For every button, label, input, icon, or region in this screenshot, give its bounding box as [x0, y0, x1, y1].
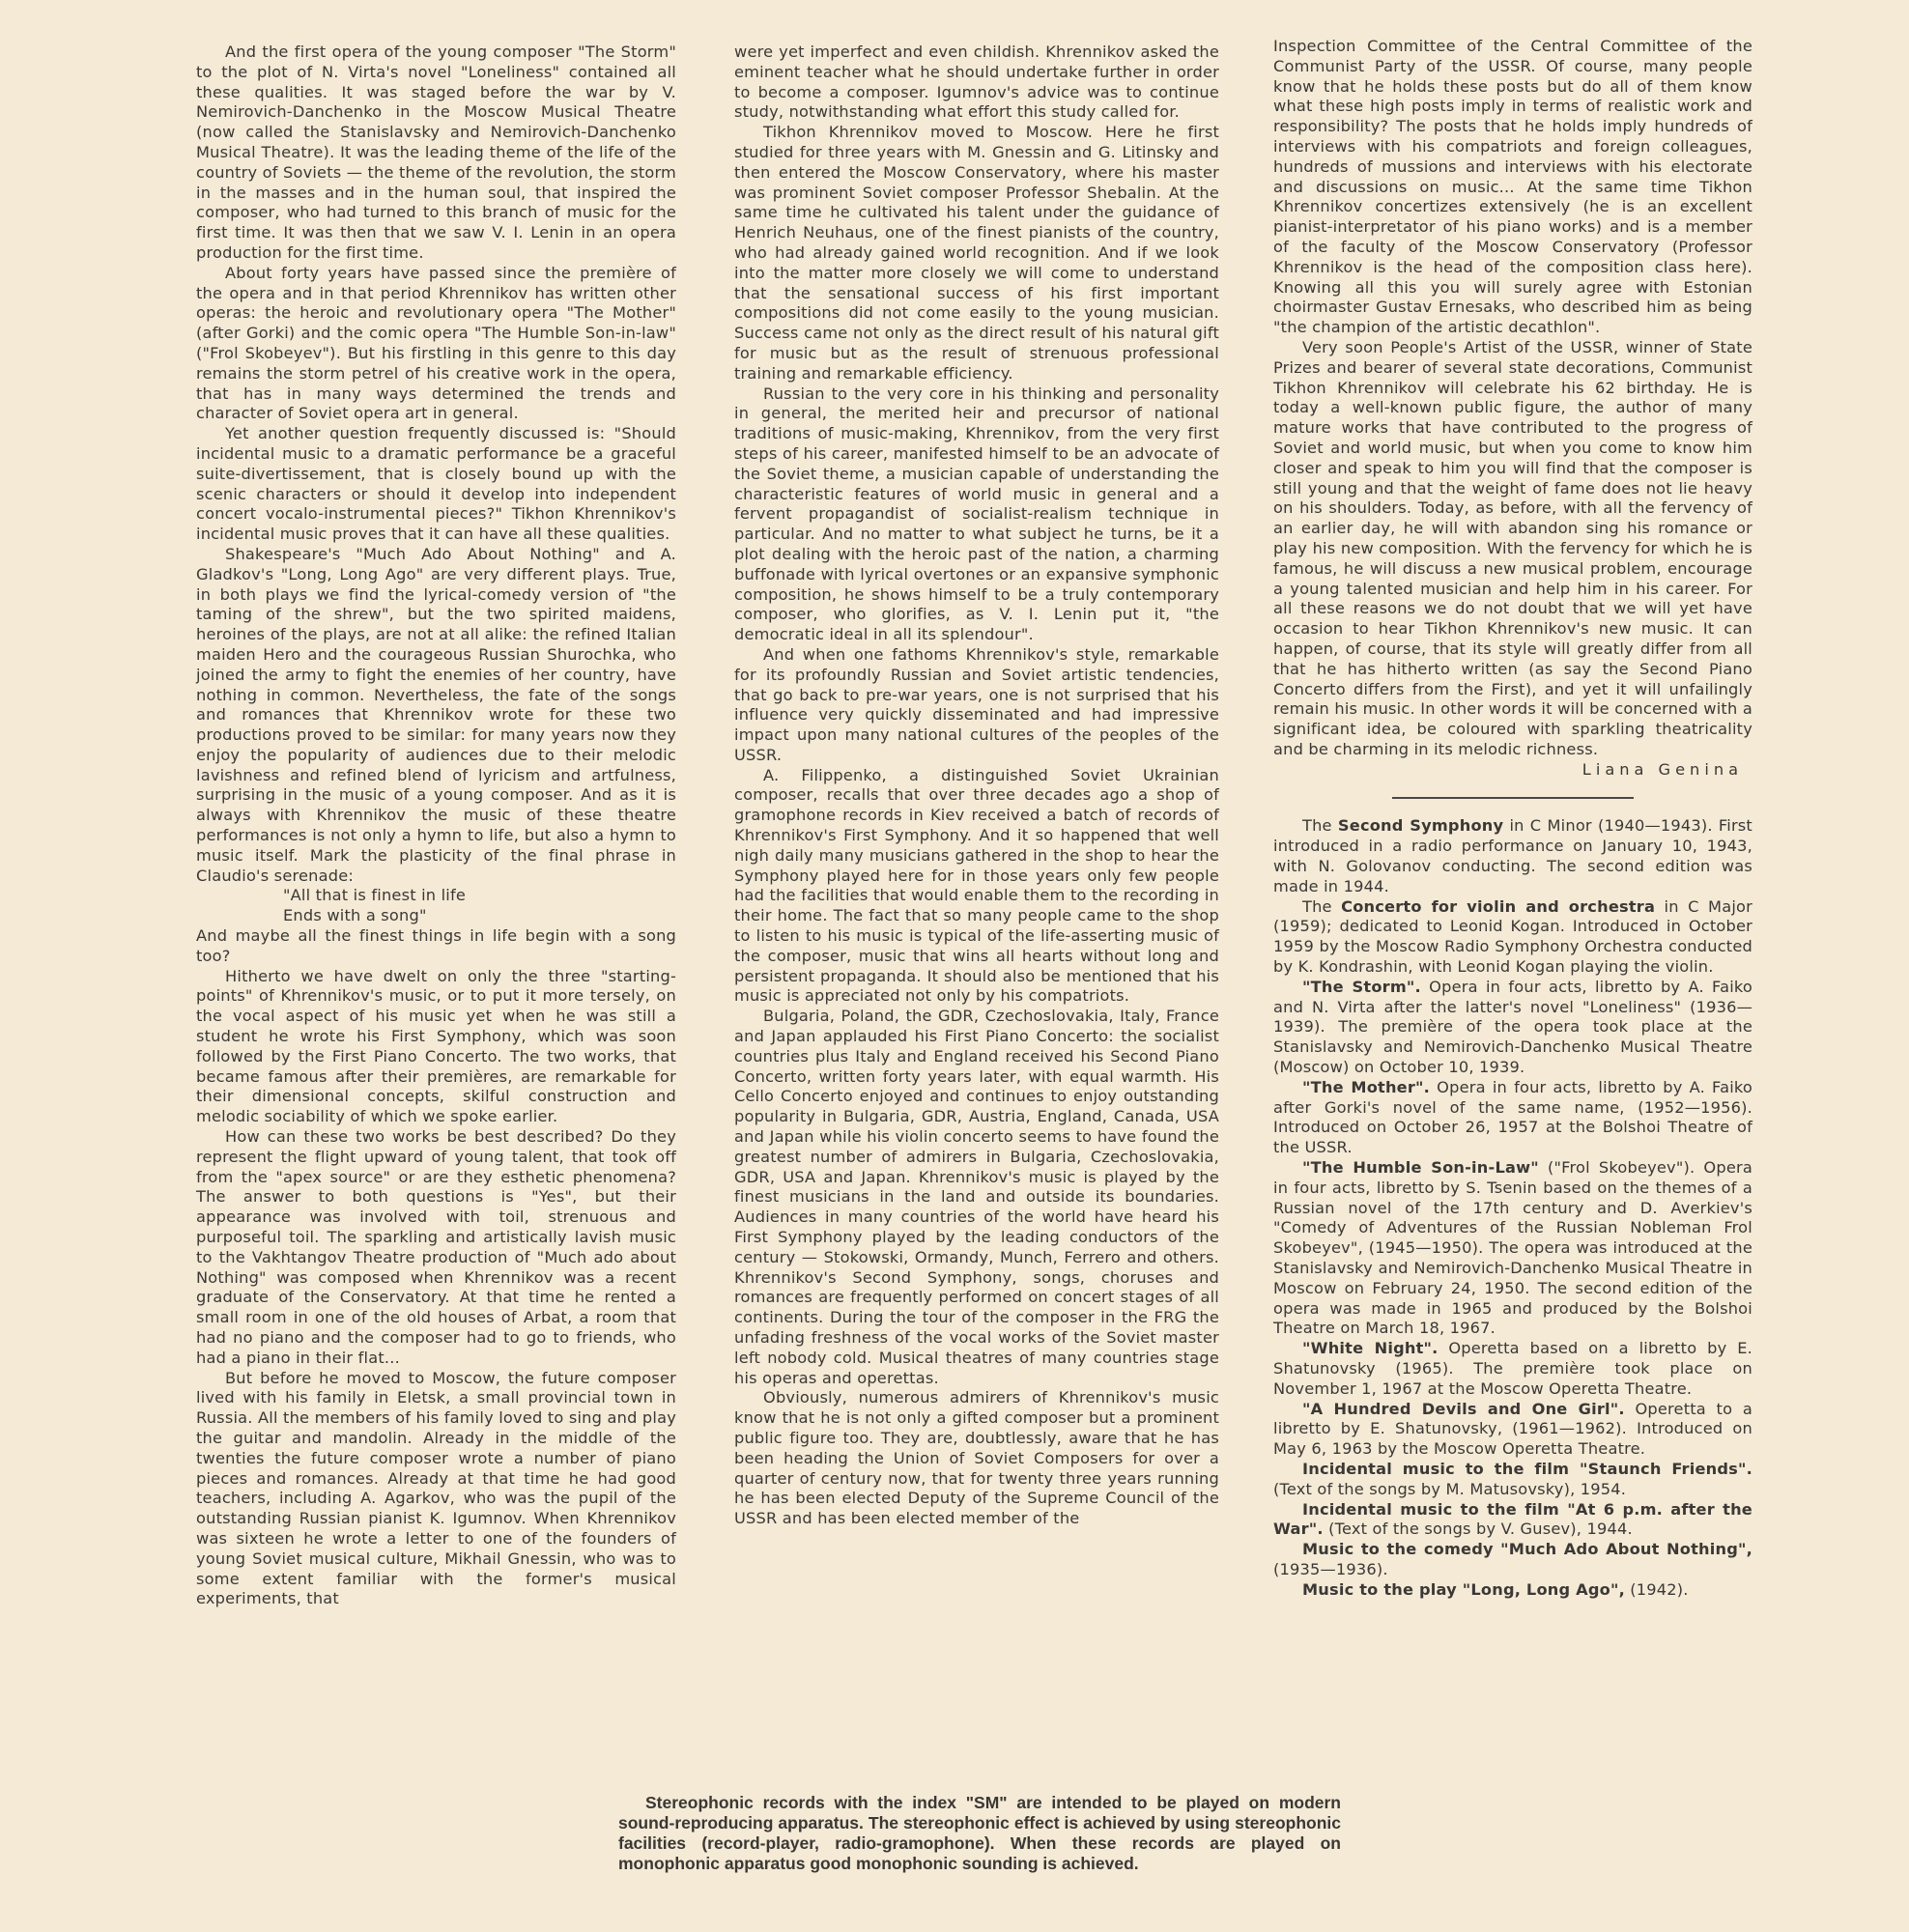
work-entry: Incidental music to the film "Staunch Fr… — [1273, 1460, 1752, 1500]
article-column-3: Inspection Committee of the Central Comm… — [1273, 37, 1752, 1601]
stereo-notice-text: Stereophonic records with the index "SM"… — [618, 1793, 1341, 1874]
work-title: Music to the comedy "Much Ado About Noth… — [1302, 1540, 1752, 1558]
section-divider — [1392, 797, 1634, 799]
works-list: The Second Symphony in C Minor (1940—194… — [1273, 816, 1752, 1600]
paragraph: Yet another question frequently discusse… — [196, 424, 676, 545]
paragraph: Very soon People's Artist of the USSR, w… — [1273, 338, 1752, 760]
work-title: "A Hundred Devils and One Girl". — [1302, 1400, 1625, 1418]
paragraph: Tikhon Khrennikov moved to Moscow. Here … — [734, 123, 1219, 384]
paragraph: How can these two works be best describe… — [196, 1127, 676, 1369]
paragraph: A. Filippenko, a distinguished Soviet Uk… — [734, 766, 1219, 1008]
work-entry: "The Mother". Opera in four acts, libret… — [1273, 1078, 1752, 1158]
paragraph: Bulgaria, Poland, the GDR, Czechoslovaki… — [734, 1007, 1219, 1388]
work-entry: Incidental music to the film "At 6 p.m. … — [1273, 1500, 1752, 1541]
paragraph: Obviously, numerous admirers of Khrennik… — [734, 1388, 1219, 1529]
work-entry: "The Humble Son-in-Law" ("Frol Skobeyev"… — [1273, 1158, 1752, 1339]
work-entry: "A Hundred Devils and One Girl". Operett… — [1273, 1400, 1752, 1460]
paragraph: Hitherto we have dwelt on only the three… — [196, 967, 676, 1127]
stereo-notice: Stereophonic records with the index "SM"… — [618, 1793, 1341, 1874]
work-title: Incidental music to the film "Staunch Fr… — [1302, 1460, 1752, 1478]
work-title: Second Symphony — [1338, 816, 1503, 835]
paragraph: And the first opera of the young compose… — [196, 43, 676, 264]
work-title: Music to the play "Long, Long Ago", — [1302, 1580, 1625, 1599]
work-entry: "White Night". Operetta based on a libre… — [1273, 1339, 1752, 1399]
paragraph: Shakespeare's "Much Ado About Nothing" a… — [196, 545, 676, 887]
work-title: "The Humble Son-in-Law" — [1302, 1158, 1539, 1177]
author-signature: Liana Genina — [1273, 760, 1752, 781]
verse-line: Ends with a song" — [196, 906, 676, 926]
work-title: Concerto for violin and orchestra — [1341, 897, 1655, 916]
paragraph: And maybe all the finest things in life … — [196, 926, 676, 967]
work-title: "The Mother". — [1302, 1078, 1430, 1096]
work-entry: Music to the comedy "Much Ado About Noth… — [1273, 1540, 1752, 1580]
work-title: "White Night". — [1302, 1339, 1439, 1357]
paragraph: Russian to the very core in his thinking… — [734, 384, 1219, 645]
paragraph: Inspection Committee of the Central Comm… — [1273, 37, 1752, 338]
work-title: "The Storm". — [1302, 978, 1421, 996]
paragraph: And when one fathoms Khrennikov's style,… — [734, 645, 1219, 766]
work-entry: "The Storm". Opera in four acts, librett… — [1273, 978, 1752, 1078]
article-column-1: And the first opera of the young compose… — [196, 43, 676, 1609]
paragraph: were yet imperfect and even childish. Kh… — [734, 43, 1219, 123]
verse-line: "All that is finest in life — [196, 886, 676, 906]
work-entry: The Second Symphony in C Minor (1940—194… — [1273, 816, 1752, 896]
article-column-2: were yet imperfect and even childish. Kh… — [734, 43, 1219, 1529]
paragraph: But before he moved to Moscow, the futur… — [196, 1369, 676, 1610]
work-entry: Music to the play "Long, Long Ago", (194… — [1273, 1580, 1752, 1601]
paragraph: About forty years have passed since the … — [196, 264, 676, 424]
work-entry: The Concerto for violin and orchestra in… — [1273, 897, 1752, 978]
